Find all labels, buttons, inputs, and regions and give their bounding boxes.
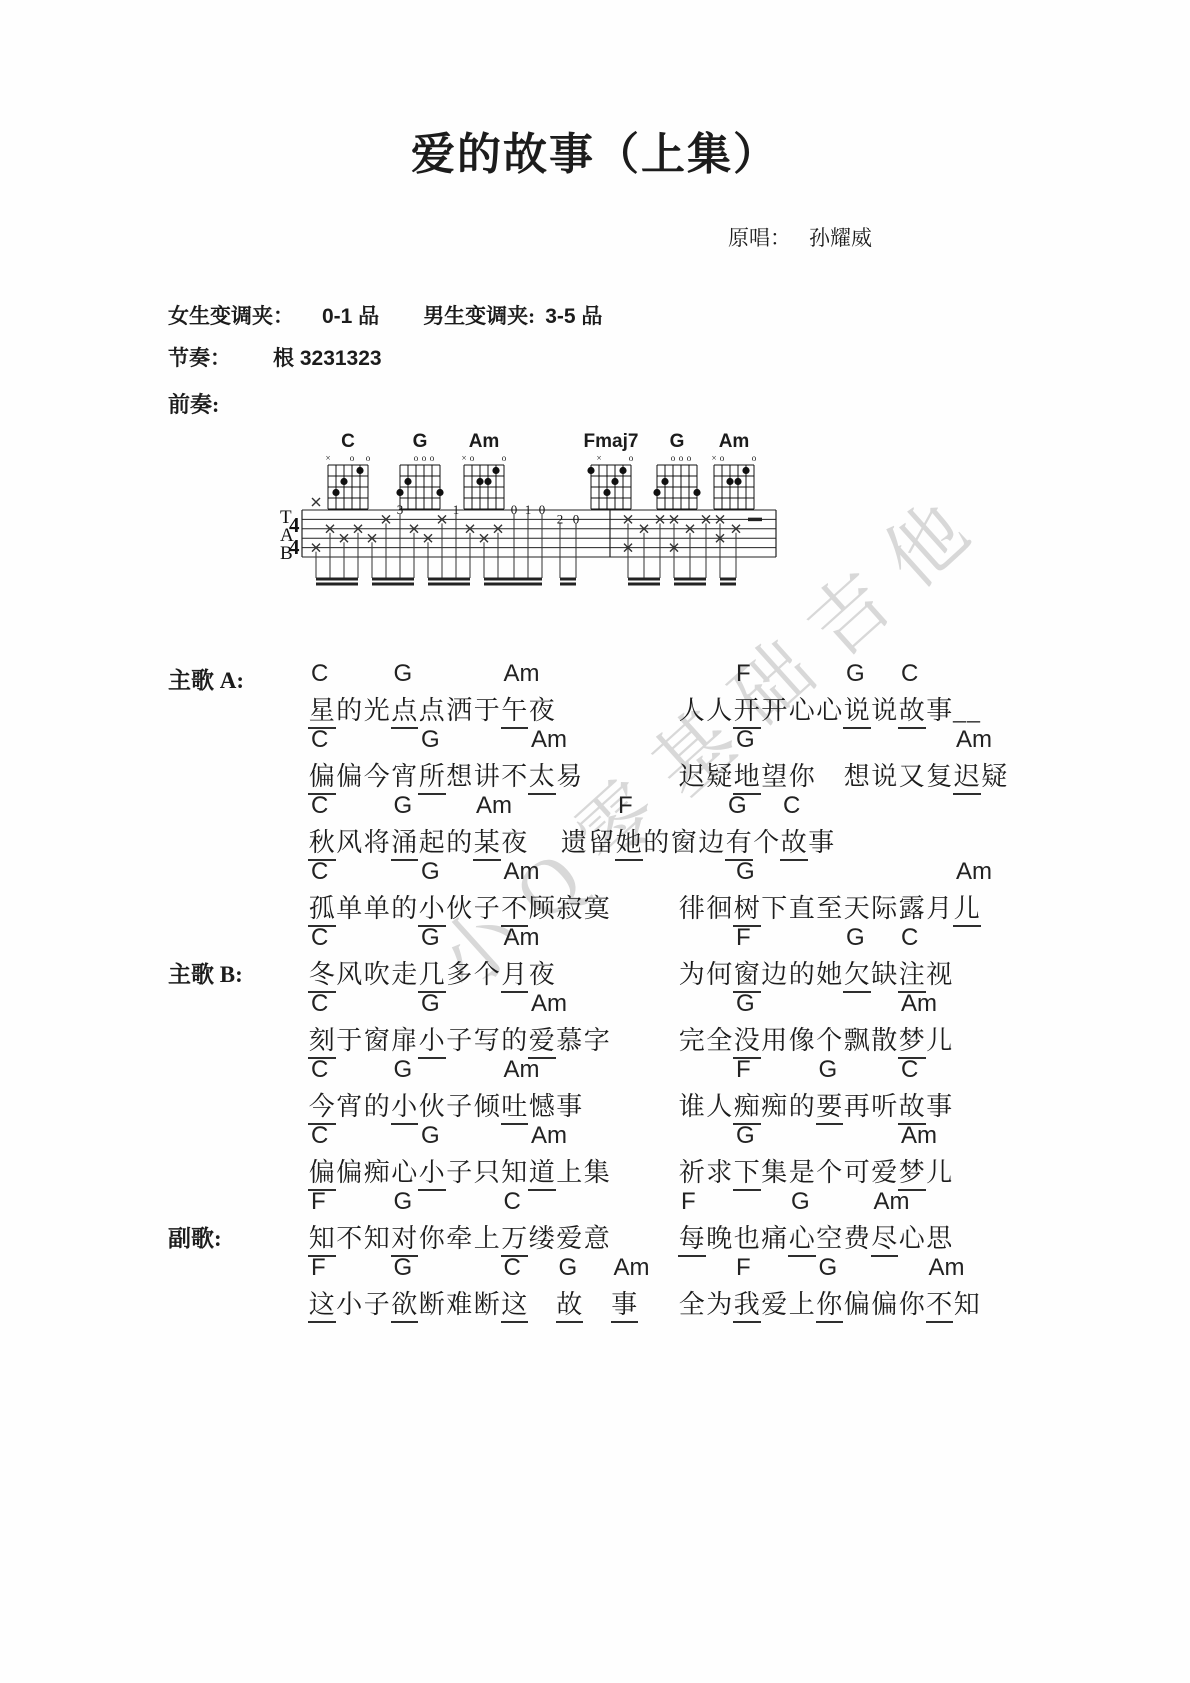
svg-text:4: 4 xyxy=(289,513,300,537)
lyric-char: 个 xyxy=(753,822,781,859)
lyric-char: 知 xyxy=(363,1218,391,1255)
lyric-char: 知 xyxy=(501,1152,529,1189)
lyric-char-underlined: 孤 xyxy=(308,888,336,927)
lyric-char: 边 xyxy=(698,822,726,859)
chord-label-g: G xyxy=(728,792,747,820)
lyric-char-underlined: 地 xyxy=(733,756,761,795)
lyric-char: 窗 xyxy=(363,1020,391,1057)
lyric-char-underlined: 注 xyxy=(898,954,926,993)
chord-label-am: Am xyxy=(504,660,540,688)
lyric-char-underlined: 迟 xyxy=(953,756,981,795)
chord-label-g: G xyxy=(394,1188,413,1216)
lyric-row: 知不知对你牵上万缕爱意 xyxy=(308,1218,611,1257)
lyric-char: 不 xyxy=(501,756,529,793)
lyric-char-underlined: 梦 xyxy=(898,1152,926,1191)
lyric-char xyxy=(583,1284,611,1321)
lyric-char-underlined: 有 xyxy=(725,822,753,861)
lyric-char-underlined: 万 xyxy=(501,1218,529,1257)
svg-text:o: o xyxy=(502,453,507,463)
lyric-char: 晚 xyxy=(706,1218,734,1255)
lyric-char: 伙 xyxy=(418,1086,446,1123)
lyric-char: 缺 xyxy=(871,954,899,991)
lyric-row: 秋风将涌起的某夜 xyxy=(308,822,528,861)
lyric-char: 复 xyxy=(926,756,954,793)
lyric-char: 顾 xyxy=(528,888,556,925)
lyric-char: 子 xyxy=(446,1020,474,1057)
lyric-char: 事 xyxy=(926,1086,954,1123)
lyric-char: 伙 xyxy=(446,888,474,925)
rhythm-value: 根 3231323 xyxy=(273,347,382,370)
lyric-char: 边 xyxy=(761,954,789,991)
lyric-char: 视 xyxy=(926,954,954,991)
chord-label-am: Am xyxy=(874,1188,910,1216)
lyric-char-underlined: 道 xyxy=(528,1152,556,1191)
chord-label-c: C xyxy=(783,792,800,820)
lyric-char-underlined: 小 xyxy=(418,1152,446,1191)
svg-text:o: o xyxy=(470,453,475,463)
chord-label-g: G xyxy=(394,1056,413,1084)
lyric-row: 这小子欲断难断这 故 事 xyxy=(308,1284,638,1323)
lyric-row: 偏偏今宵所想讲不太易 xyxy=(308,756,583,795)
lyric-char-underlined: 故 xyxy=(780,822,808,861)
lyric-char-underlined: 要 xyxy=(816,1086,844,1125)
lyric-char: 儿 xyxy=(926,1152,954,1189)
chord-name: G xyxy=(649,432,705,452)
lyric-char: 完 xyxy=(678,1020,706,1057)
lyric-char: 将 xyxy=(363,822,391,859)
svg-text:o: o xyxy=(430,453,435,463)
lyric-char: 疑 xyxy=(981,756,1009,793)
lyric-char: 开 xyxy=(761,690,789,727)
lyric-char: 上 xyxy=(788,1284,816,1321)
lyric-char: 的 xyxy=(788,954,816,991)
lyric-char: 夜 xyxy=(528,690,556,727)
svg-text:4: 4 xyxy=(289,535,300,559)
chord-label-c: C xyxy=(311,1122,328,1150)
sheet-page: 小Q零基础吉他 爱的故事（上集） 原唱：孙耀威 女生变调夹：0-1 品男生变调夹… xyxy=(0,0,1190,1683)
chord-label-f: F xyxy=(618,792,633,820)
lyric-char-underlined: 树 xyxy=(733,888,761,927)
lyric-char: 像 xyxy=(788,1020,816,1057)
lyric-char: 知 xyxy=(953,1284,981,1321)
svg-text:o: o xyxy=(629,453,634,463)
chord-label-g: G xyxy=(559,1254,578,1282)
lyric-char: 说 xyxy=(871,690,899,727)
lyric-char-underlined: 涌 xyxy=(391,822,419,861)
lyric-char: 人 xyxy=(706,690,734,727)
chord-label-g: G xyxy=(421,990,440,1018)
credit-label: 原唱： xyxy=(728,226,791,250)
lyric-char: 爱 xyxy=(871,1152,899,1189)
chord-label-am: Am xyxy=(531,1122,567,1150)
lyric-char: 于 xyxy=(336,1020,364,1057)
lyric-char-underlined: 故 xyxy=(898,690,926,729)
lyric-char-underlined: 刻 xyxy=(308,1020,336,1059)
lyric-char: 徊 xyxy=(706,888,734,925)
lyric-char-underlined: 不 xyxy=(926,1284,954,1323)
lyric-char-underlined: 月 xyxy=(501,954,529,993)
section-label: 副歌: xyxy=(168,1220,222,1253)
chord-label-g: G xyxy=(421,1122,440,1150)
lyric-char-underlined: 事 xyxy=(611,1284,639,1323)
svg-text:×: × xyxy=(461,453,466,463)
lyric-char-underlined: 今 xyxy=(308,1086,336,1125)
lyric-char: 点 xyxy=(418,690,446,727)
svg-text:o: o xyxy=(679,453,684,463)
lyric-char: 写 xyxy=(473,1020,501,1057)
lyric-char: 用 xyxy=(761,1020,789,1057)
chord-label-g: G xyxy=(736,990,755,1018)
lyric-char: 子 xyxy=(363,1284,391,1321)
chord-name: Fmaj7 xyxy=(583,432,639,452)
lyric-char: 单 xyxy=(336,888,364,925)
lyric-char-underlined: 尽 xyxy=(871,1218,899,1257)
svg-text:o: o xyxy=(687,453,692,463)
lyric-char xyxy=(528,1284,556,1321)
lyric-char: 可 xyxy=(843,1152,871,1189)
chord-label-c: C xyxy=(311,858,328,886)
chord-label-c: C xyxy=(901,1056,918,1084)
lyric-char: 的 xyxy=(391,888,419,925)
lyric-char-underlined: 知 xyxy=(308,1218,336,1257)
lyric-char-underlined: 小 xyxy=(418,888,446,927)
lyric-char: 你 xyxy=(418,1218,446,1255)
lyric-char: 徘 xyxy=(678,888,706,925)
capo-male-label: 男生变调夹: xyxy=(423,304,535,328)
lyric-char: 费 xyxy=(843,1218,871,1255)
lyric-char: 扉 xyxy=(391,1020,419,1057)
chord-label-c: C xyxy=(311,660,328,688)
chord-label-g: G xyxy=(791,1188,810,1216)
lyric-row: 人人开开心心说说故事__ xyxy=(678,690,981,729)
capo-female-label: 女生变调夹： xyxy=(168,304,294,328)
lyric-char: 光 xyxy=(363,690,391,727)
lyric-char-underlined: 故 xyxy=(898,1086,926,1125)
lyric-char-underlined: 这 xyxy=(308,1284,336,1323)
lyric-char: 个 xyxy=(473,954,501,991)
lyric-char: 心 xyxy=(816,690,844,727)
chord-label-f: F xyxy=(311,1254,326,1282)
lyric-char: 倾 xyxy=(473,1086,501,1123)
chord-label-c: C xyxy=(311,990,328,1018)
capo-male-value: 3-5 品 xyxy=(545,305,602,328)
lyric-char-underlined: 偏 xyxy=(308,756,336,795)
chord-label-g: G xyxy=(421,858,440,886)
lyric-char: 的 xyxy=(446,822,474,859)
lyric-char: 憾 xyxy=(528,1086,556,1123)
lyric-char: 起 xyxy=(418,822,446,859)
lyric-char-underlined: 窗 xyxy=(733,954,761,993)
lyric-char: 多 xyxy=(446,954,474,991)
lyric-char: 偏 xyxy=(843,1284,871,1321)
lyric-char: 为 xyxy=(706,1284,734,1321)
lyric-char: 的 xyxy=(336,690,364,727)
chord-label-g: G xyxy=(846,924,865,952)
lyric-char: 于 xyxy=(473,690,501,727)
lyric-char-underlined: 秋 xyxy=(308,822,336,861)
chord-label-g: G xyxy=(394,792,413,820)
chord-label-g: G xyxy=(394,1254,413,1282)
lyric-char: 偏 xyxy=(336,756,364,793)
lyric-char-underlined: 几 xyxy=(418,954,446,993)
capo-female-value: 0-1 品 xyxy=(322,305,379,328)
lyric-char: 至 xyxy=(816,888,844,925)
lyric-char: 儿 xyxy=(926,1020,954,1057)
lyric-char-underlined: 说 xyxy=(843,690,871,729)
lyric-char: 难 xyxy=(446,1284,474,1321)
chord-label-f: F xyxy=(736,1056,751,1084)
lyric-char: 个 xyxy=(816,1152,844,1189)
lyric-char: 上 xyxy=(556,1152,584,1189)
section-label: 主歌 A: xyxy=(168,662,244,695)
lyric-char: 子 xyxy=(446,1152,474,1189)
intro-tab-staff: TAB443101020 xyxy=(276,492,788,605)
lyric-char: 子 xyxy=(473,888,501,925)
lyric-char: 月 xyxy=(926,888,954,925)
lyric-char-underlined: 开 xyxy=(733,690,761,729)
lyric-char: 寂 xyxy=(556,888,584,925)
chord-label-c: C xyxy=(901,924,918,952)
svg-text:o: o xyxy=(366,453,371,463)
lyric-char-underlined: 她 xyxy=(615,822,643,861)
svg-text:o: o xyxy=(671,453,676,463)
rhythm-line: 节奏：根 3231323 xyxy=(168,342,382,372)
chord-label-f: F xyxy=(736,660,751,688)
lyric-char: 爱 xyxy=(761,1284,789,1321)
lyric-char: 的 xyxy=(788,1086,816,1123)
lyric-char: 风 xyxy=(336,822,364,859)
lyric-char-underlined: 梦 xyxy=(898,1020,926,1059)
lyric-char-underlined: 欲 xyxy=(391,1284,419,1323)
lyric-row: 星的光点点洒于午夜 xyxy=(308,690,556,729)
svg-text:×: × xyxy=(325,453,330,463)
chord-label-c: C xyxy=(504,1254,521,1282)
lyric-char: 人 xyxy=(678,690,706,727)
lyric-char-underlined: 不 xyxy=(501,888,529,927)
lyric-char-underlined: 小 xyxy=(391,1086,419,1125)
lyric-char xyxy=(816,756,844,793)
lyric-char-underlined: 冬 xyxy=(308,954,336,993)
lyric-char: 走 xyxy=(391,954,419,991)
lyric-char: 夜 xyxy=(528,954,556,991)
lyric-char: 再 xyxy=(843,1086,871,1123)
lyric-char: 是 xyxy=(788,1152,816,1189)
lyric-char: 直 xyxy=(788,888,816,925)
lyric-char: 望 xyxy=(761,756,789,793)
lyric-char: 小 xyxy=(336,1284,364,1321)
lyric-char-underlined: 每 xyxy=(678,1218,706,1257)
lyric-char-underlined: 某 xyxy=(473,822,501,861)
lyric-char: 的 xyxy=(501,1020,529,1057)
chord-label-f: F xyxy=(311,1188,326,1216)
lyric-char: 想 xyxy=(446,756,474,793)
capo-line: 女生变调夹：0-1 品男生变调夹:3-5 品 xyxy=(168,300,602,330)
chord-label-f: F xyxy=(736,924,751,952)
lyric-char: 你 xyxy=(788,756,816,793)
lyric-char: 全 xyxy=(706,1020,734,1057)
lyric-char: 今 xyxy=(363,756,391,793)
lyric-char: 不 xyxy=(336,1218,364,1255)
lyric-char-underlined: 吐 xyxy=(501,1086,529,1125)
lyric-char-underlined: 偏 xyxy=(308,1152,336,1191)
lyric-char: 易 xyxy=(556,756,584,793)
lyric-row: 徘徊树下直至天际露月儿 xyxy=(678,888,981,927)
chord-label-am: Am xyxy=(531,726,567,754)
lyric-char: 事 xyxy=(808,822,836,859)
lyric-char: 上 xyxy=(473,1218,501,1255)
lyric-char: 疑 xyxy=(706,756,734,793)
lyric-char: 集 xyxy=(761,1152,789,1189)
lyric-char-underlined: 星 xyxy=(308,690,336,729)
chord-label-g: G xyxy=(736,858,755,886)
lyric-char: 全 xyxy=(678,1284,706,1321)
lyric-char-underlined: 对 xyxy=(391,1218,419,1257)
lyric-char: 痴 xyxy=(363,1152,391,1189)
lyric-char: 的 xyxy=(643,822,671,859)
lyric-char-underlined: 心 xyxy=(788,1218,816,1257)
chord-name: Am xyxy=(706,432,762,452)
lyric-char-underlined: 儿 xyxy=(953,888,981,927)
lyric-char-underlined: 太 xyxy=(528,756,556,795)
lyric-char: 她 xyxy=(816,954,844,991)
lyric-char: 痴 xyxy=(761,1086,789,1123)
lyric-row: 谁人痴痴的要再听故事 xyxy=(678,1086,953,1125)
svg-text:o: o xyxy=(752,453,757,463)
lyric-char: 窗 xyxy=(670,822,698,859)
lyric-char: 也 xyxy=(733,1218,761,1255)
chord-label-g: G xyxy=(819,1254,838,1282)
chord-label-am: Am xyxy=(956,858,992,886)
lyric-char-underlined: 故 xyxy=(556,1284,584,1323)
lyric-char: 事 xyxy=(556,1086,584,1123)
lyric-char: 意 xyxy=(583,1218,611,1255)
chord-label-am: Am xyxy=(901,990,937,1018)
svg-text:×: × xyxy=(711,453,716,463)
lyric-char: 只 xyxy=(473,1152,501,1189)
lyric-char-underlined: 这 xyxy=(501,1284,529,1323)
chord-label-f: F xyxy=(681,1188,696,1216)
chord-name: G xyxy=(392,432,448,452)
chord-label-am: Am xyxy=(531,990,567,1018)
chord-label-am: Am xyxy=(956,726,992,754)
chord-label-c: C xyxy=(901,660,918,688)
lyric-row: 祈求下集是个可爱梦儿 xyxy=(678,1152,953,1191)
chord-label-c: C xyxy=(311,792,328,820)
lyric-char: 缕 xyxy=(528,1218,556,1255)
chord-label-f: F xyxy=(736,1254,751,1282)
tab-svg: TAB443101020 xyxy=(276,492,788,600)
lyric-char: 断 xyxy=(418,1284,446,1321)
chord-label-g: G xyxy=(819,1056,838,1084)
lyric-char: 散 xyxy=(871,1020,899,1057)
lyric-char: 个 xyxy=(816,1020,844,1057)
chord-label-am: Am xyxy=(901,1122,937,1150)
chord-label-g: G xyxy=(846,660,865,688)
chord-label-am: Am xyxy=(614,1254,650,1282)
lyric-row: 遗留她的窗边有个故事 xyxy=(560,822,835,861)
lyric-char-underlined: 午 xyxy=(501,690,529,729)
svg-text:o: o xyxy=(720,453,725,463)
chord-label-g: G xyxy=(736,726,755,754)
lyric-char: 露 xyxy=(898,888,926,925)
lyric-char: 谁 xyxy=(678,1086,706,1123)
lyric-char: 迟 xyxy=(678,756,706,793)
lyric-char: 听 xyxy=(871,1086,899,1123)
lyric-row: 今宵的小伙子倾吐憾事 xyxy=(308,1086,583,1125)
lyric-char-underlined: 没 xyxy=(733,1020,761,1059)
lyric-char: 求 xyxy=(706,1152,734,1189)
lyric-char: 飘 xyxy=(843,1020,871,1057)
lyric-char: 爱 xyxy=(556,1218,584,1255)
lyric-char-underlined: 小 xyxy=(418,1020,446,1059)
lyric-row: 孤单单的小伙子不顾寂寞 xyxy=(308,888,611,927)
chord-label-am: Am xyxy=(929,1254,965,1282)
chord-label-am: Am xyxy=(504,924,540,952)
lyric-row: 冬风吹走几多个月夜 xyxy=(308,954,556,993)
lyric-char: 牵 xyxy=(446,1218,474,1255)
svg-text:o: o xyxy=(414,453,419,463)
intro-label: 前奏: xyxy=(168,388,219,419)
chord-label-am: Am xyxy=(476,792,512,820)
chord-label-c: C xyxy=(504,1188,521,1216)
lyric-char: 为 xyxy=(678,954,706,991)
lyric-char-underlined: 痴 xyxy=(733,1086,761,1125)
lyric-row: 迟疑地望你 想说又复迟疑 xyxy=(678,756,1008,795)
credit-name: 孙耀威 xyxy=(809,226,872,250)
lyric-row: 全为我爱上你偏偏你不知 xyxy=(678,1284,981,1323)
lyric-tail-underscore: __ xyxy=(953,696,981,726)
lyric-char: 子 xyxy=(446,1086,474,1123)
lyric-char: 心 xyxy=(788,690,816,727)
chord-label-am: Am xyxy=(504,1056,540,1084)
lyric-char: 想 xyxy=(843,756,871,793)
chord-label-am: Am xyxy=(504,858,540,886)
chord-label-g: G xyxy=(736,1122,755,1150)
lyric-char: 你 xyxy=(898,1284,926,1321)
lyric-char: 偏 xyxy=(871,1284,899,1321)
lyric-char: 下 xyxy=(761,888,789,925)
rhythm-label: 节奏： xyxy=(168,346,231,370)
credit-line: 原唱：孙耀威 xyxy=(728,222,872,252)
svg-text:o: o xyxy=(422,453,427,463)
lyric-char: 说 xyxy=(871,756,899,793)
lyric-char: 宵 xyxy=(391,756,419,793)
svg-text:×: × xyxy=(596,453,601,463)
chord-label-c: C xyxy=(311,1056,328,1084)
lyric-char: 的 xyxy=(363,1086,391,1123)
lyric-char: 讲 xyxy=(473,756,501,793)
chord-label-c: C xyxy=(311,726,328,754)
lyric-char: 寞 xyxy=(583,888,611,925)
chord-label-g: G xyxy=(394,660,413,688)
chord-label-g: G xyxy=(421,924,440,952)
lyric-char: 吹 xyxy=(363,954,391,991)
svg-text:o: o xyxy=(350,453,355,463)
lyric-char: 洒 xyxy=(446,690,474,727)
lyric-row: 刻于窗扉小子写的爱慕字 xyxy=(308,1020,611,1059)
chord-label-g: G xyxy=(421,726,440,754)
lyric-char-underlined: 爱 xyxy=(528,1020,556,1059)
lyric-row: 为何窗边的她欠缺注视 xyxy=(678,954,953,993)
lyric-char: 人 xyxy=(706,1086,734,1123)
lyric-char-underlined: 你 xyxy=(816,1284,844,1323)
lyric-char: 字 xyxy=(583,1020,611,1057)
lyric-row: 完全没用像个飘散梦儿 xyxy=(678,1020,953,1059)
lyric-char: 留 xyxy=(588,822,616,859)
chord-name: Am xyxy=(456,432,512,452)
chord-name: C xyxy=(320,432,376,452)
lyric-char: 事 xyxy=(926,690,954,727)
